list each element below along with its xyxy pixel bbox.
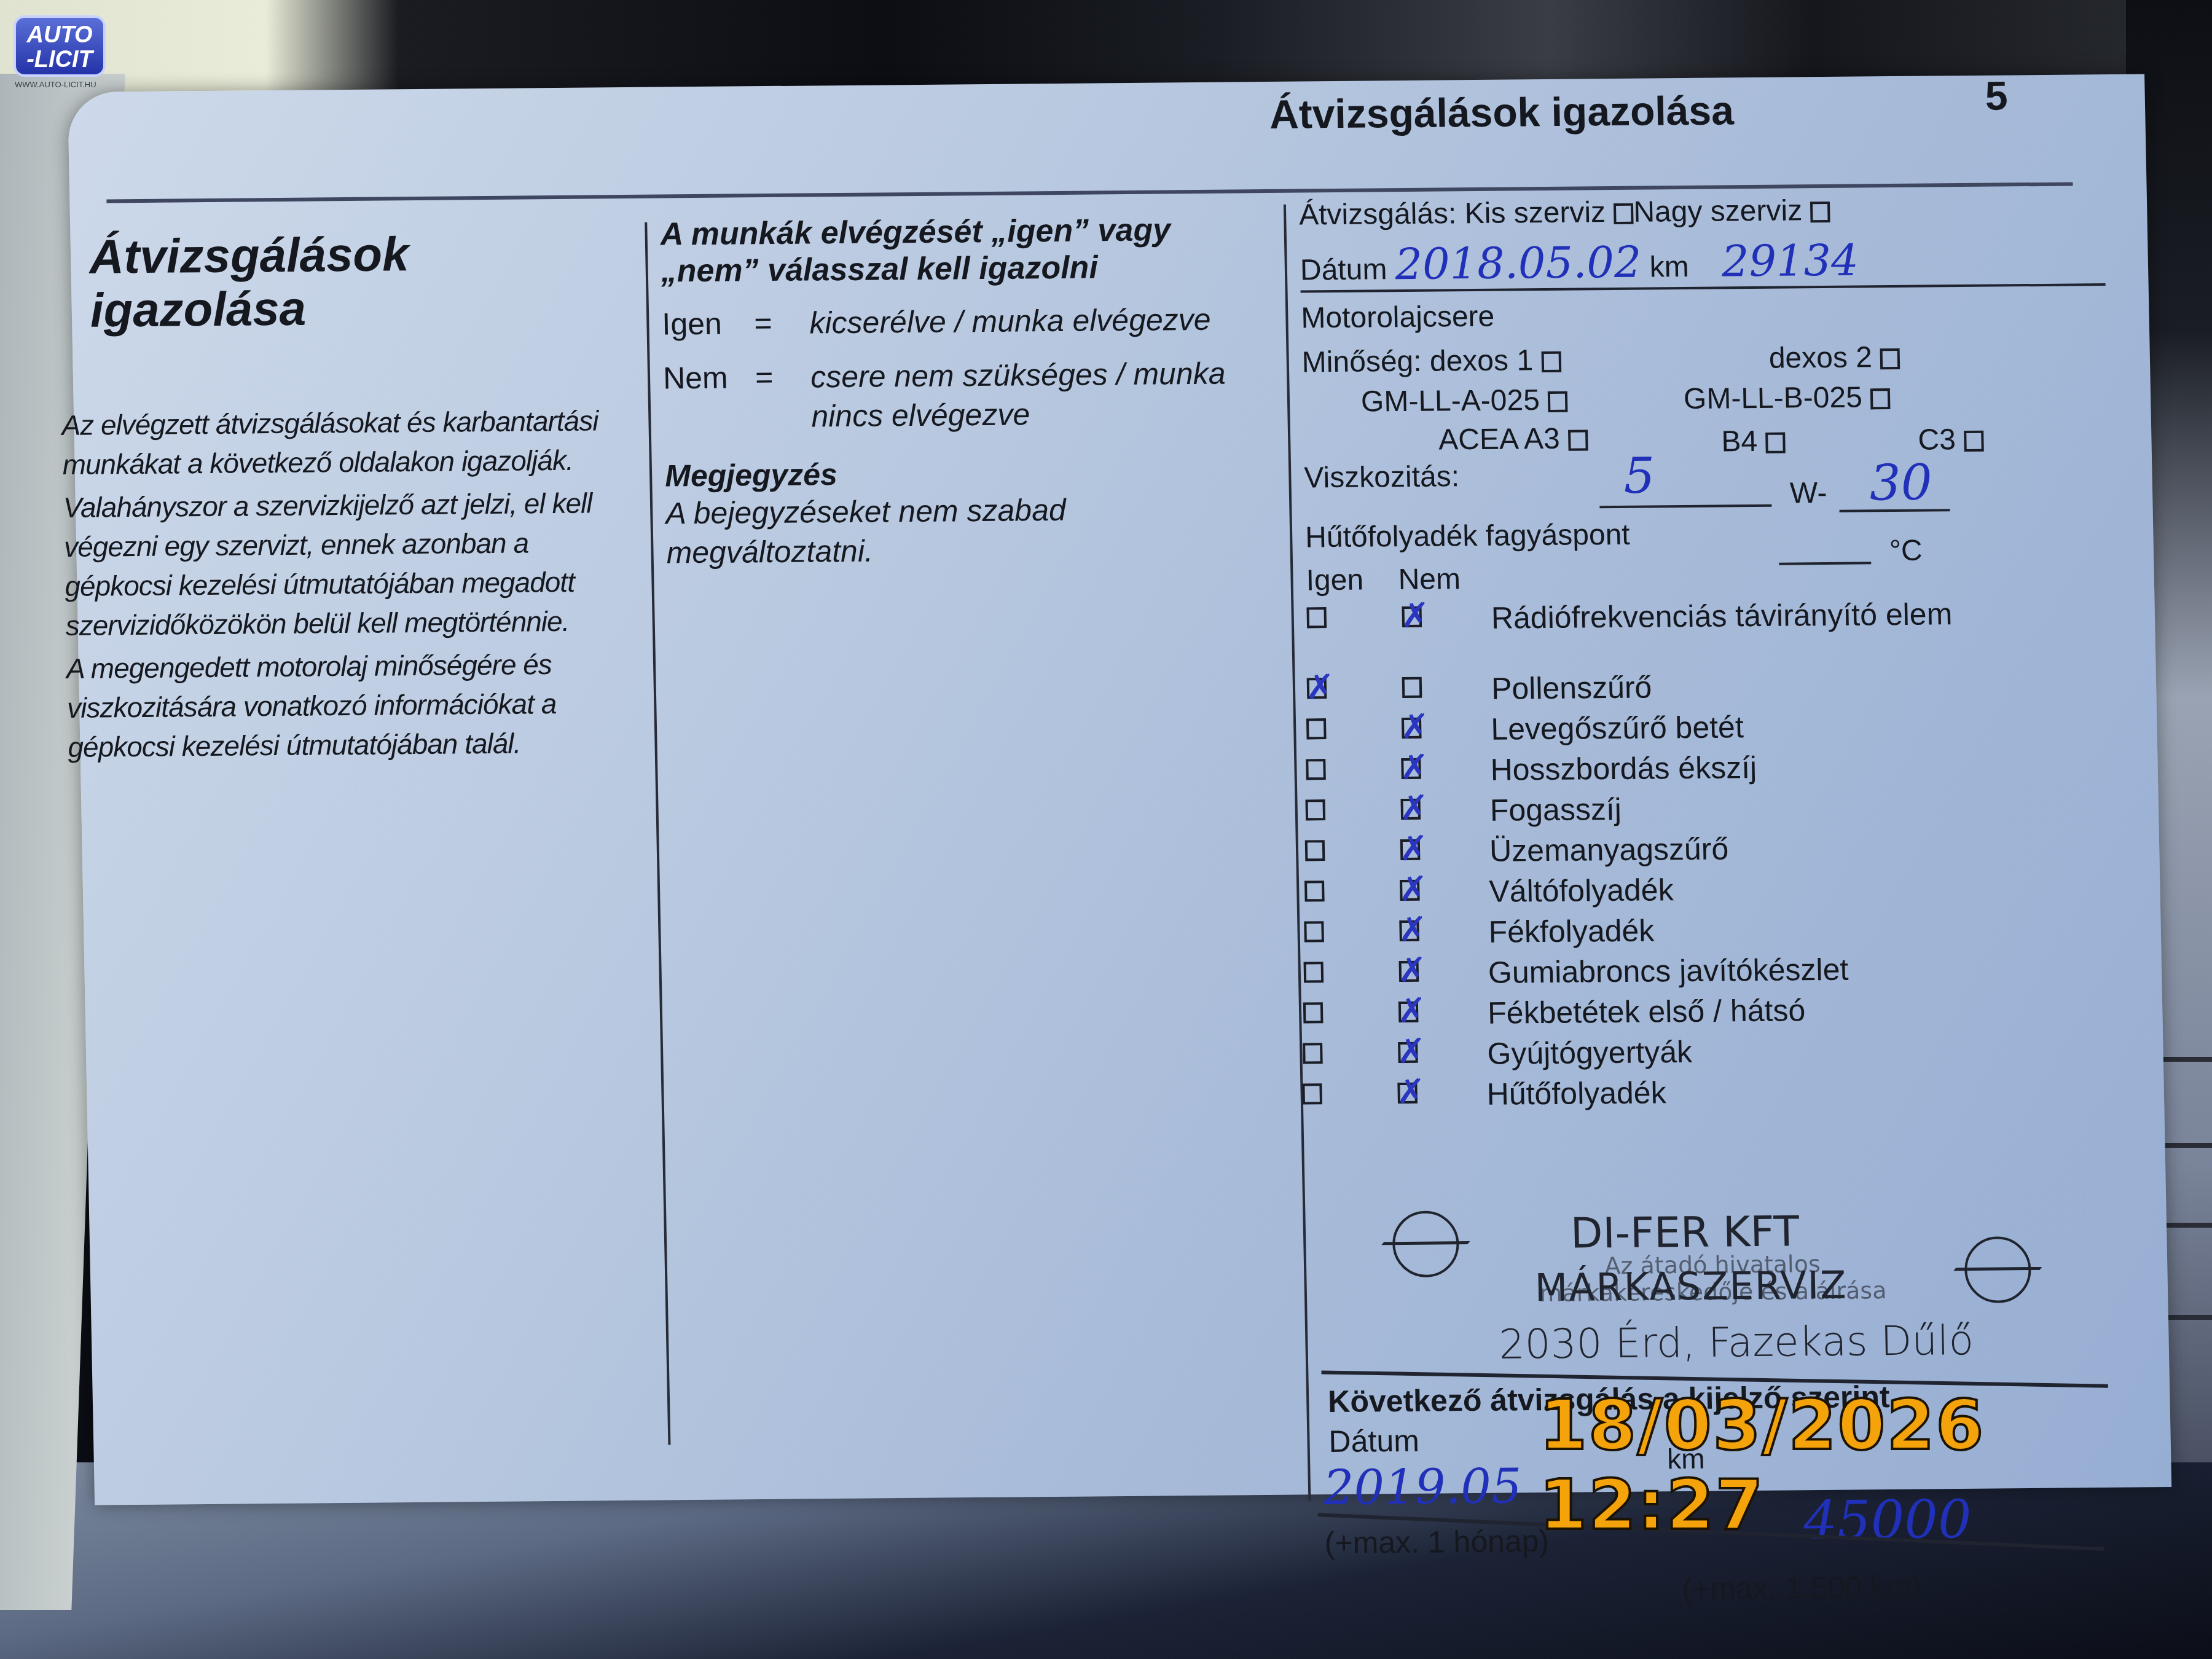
oil-change-label: Motorolajcsere <box>1301 300 1495 335</box>
gm-ll-a-025-checkbox[interactable] <box>1548 391 1568 412</box>
kis-szerviz-checkbox[interactable] <box>1614 203 1634 224</box>
nagy-szerviz-checkbox[interactable] <box>1810 202 1830 222</box>
note-title: Megjegyzés <box>665 453 1231 493</box>
paragraph: Valahányszor a szervizkijelző azt jelzi,… <box>63 483 619 645</box>
instructions-heading: A munkák elvégzését „igen” vagy „nem” vá… <box>660 211 1226 290</box>
yes-checkbox[interactable] <box>1306 759 1326 780</box>
auto-licit-logo: AUTO -LICIT <box>14 15 106 77</box>
col-yes-header: Igen <box>1306 563 1363 598</box>
no-checkbox[interactable] <box>1400 880 1420 901</box>
no-checkbox[interactable] <box>1399 920 1419 941</box>
yes-checkbox[interactable] <box>1304 921 1324 942</box>
oil-spec-row-1: Minőség: dexos 1 <box>1301 343 1561 380</box>
no-checkbox[interactable] <box>1399 961 1419 982</box>
date-km-row: Dátum 2018.05.02 km 29134 <box>1300 235 1859 291</box>
next-date-field[interactable]: 2019.05 <box>1323 1459 1522 1516</box>
no-checkbox[interactable] <box>1400 839 1421 860</box>
no-checkbox[interactable] <box>1398 1002 1419 1022</box>
yes-checkbox[interactable] <box>1306 607 1327 628</box>
section-title: Átvizsgálások igazolása <box>88 227 410 337</box>
acea-a3-checkbox[interactable] <box>1568 430 1588 451</box>
no-checkbox[interactable] <box>1402 677 1422 698</box>
no-checkbox[interactable] <box>1401 758 1421 779</box>
viscosity-hot-field[interactable]: 30 <box>1869 454 1933 512</box>
checklist-item-label: Fékbetétek első / hátsó <box>1488 993 1955 1029</box>
yes-checkbox[interactable] <box>1302 1083 1322 1104</box>
gm-ll-b-025-checkbox[interactable] <box>1870 388 1891 409</box>
checklist-item-label: Pollenszűrő <box>1491 669 1959 705</box>
yes-checkbox[interactable] <box>1306 718 1327 739</box>
service-date-field[interactable]: 2018.05.02 <box>1395 237 1642 289</box>
no-checkbox[interactable] <box>1402 606 1422 627</box>
yes-checkbox[interactable] <box>1303 1002 1324 1023</box>
intro-text: Az elvégzett átvizsgálásokat és karbanta… <box>61 401 621 771</box>
checklist-item-label: Üzemanyagszűrő <box>1489 831 1957 867</box>
checklist-item-label: Váltófolyadék <box>1489 871 1956 908</box>
yes-checkbox[interactable] <box>1305 799 1325 820</box>
checklist-item-label: Fogasszíj <box>1489 790 1957 826</box>
yes-checkbox[interactable] <box>1304 962 1324 982</box>
opel-logo-icon <box>1964 1236 2031 1303</box>
checklist-item-label: Rádiófrekvenciás távirányító elem <box>1491 598 1958 634</box>
no-checkbox[interactable] <box>1397 1083 1418 1104</box>
viscosity-label: Viszkozitás: <box>1304 460 1460 495</box>
instructions-column: A munkák elvégzését „igen” vagy „nem” vá… <box>660 211 1232 573</box>
opel-logo-icon <box>1392 1210 1459 1277</box>
legend-no: Nem = csere nem szükséges / munka nincs … <box>663 354 1230 437</box>
paragraph: A megengedett motorolaj minőségére és vi… <box>66 644 621 767</box>
dealer-stamp: DI-FER KFT MÁRKASZERVIZ Az átadó hivatal… <box>1392 1181 2071 1371</box>
yes-checkbox[interactable] <box>1303 1043 1323 1064</box>
camera-timestamp: 18/03/2026 12:27 <box>1539 1386 2212 1545</box>
viscosity-cold-field[interactable]: 5 <box>1623 447 1656 504</box>
checklist-item-label: Hosszbordás ékszíj <box>1490 750 1958 786</box>
coolant-freeze-label: Hűtőfolyadék fagyáspont <box>1305 518 1630 555</box>
checklist-item-label: Fékfolyadék <box>1488 912 1956 948</box>
b4-checkbox[interactable] <box>1765 433 1786 453</box>
legend-yes: Igen = kicserélve / munka elvégezve <box>662 300 1228 344</box>
service-booklet-page: Átvizsgálások igazolása 5 Átvizsgálások … <box>68 74 2171 1505</box>
checklist-item-label: Hűtőfolyadék <box>1486 1074 1954 1110</box>
service-record-form: Átvizsgálás: Kis szerviz Nagy szerviz Dá… <box>1299 191 2110 198</box>
no-checkbox[interactable] <box>1400 799 1421 820</box>
paragraph: Az elvégzett átvizsgálásokat és karbanta… <box>61 401 616 484</box>
coolant-freeze-field[interactable] <box>1779 562 1871 565</box>
page-number: 5 <box>1985 72 2008 119</box>
no-checkbox[interactable] <box>1402 718 1422 739</box>
page-header-title: Átvizsgálások igazolása <box>1269 87 1734 138</box>
yes-checkbox[interactable] <box>1307 678 1327 699</box>
c3-checkbox[interactable] <box>1964 431 1984 452</box>
dexos2-checkbox[interactable] <box>1880 348 1900 369</box>
note-text: A bejegyzéseket nem szabad megváltoztatn… <box>665 488 1232 572</box>
service-km-field[interactable]: 29134 <box>1721 235 1859 287</box>
checklist-item-label: Gumiabroncs javítókészlet <box>1488 952 1955 989</box>
no-checkbox[interactable] <box>1398 1042 1418 1063</box>
checklist-item-label: Levegőszűrő betét <box>1491 709 1958 745</box>
col-no-header: Nem <box>1398 562 1461 597</box>
yes-checkbox[interactable] <box>1304 880 1325 901</box>
watermark-url: WWW.AUTO-LICIT.HU <box>15 80 96 89</box>
yes-checkbox[interactable] <box>1305 840 1325 861</box>
checklist-item-label: Gyújtógyertyák <box>1487 1033 1955 1070</box>
dexos1-checkbox[interactable] <box>1541 351 1561 372</box>
inspection-type-row: Átvizsgálás: Kis szerviz Nagy szerviz <box>1299 194 1830 232</box>
